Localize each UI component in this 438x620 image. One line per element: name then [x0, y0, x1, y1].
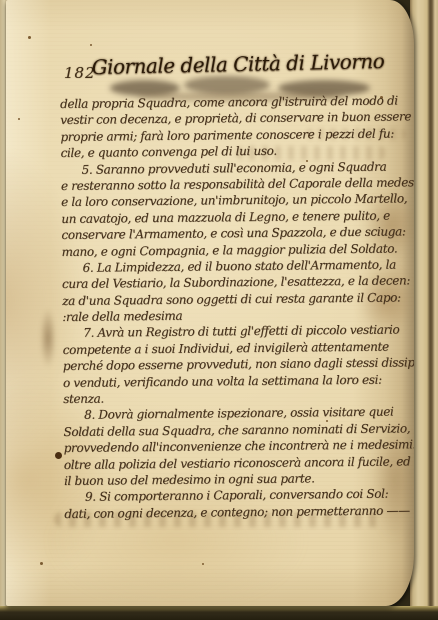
manuscript-line: dati, con ogni decenza, e contegno; non … — [64, 502, 414, 522]
manuscript-page: 182 Giornale della Città di Livorno dell… — [6, 0, 414, 606]
page-title: Giornale della Città di Livorno — [78, 49, 398, 80]
foxing-speck — [18, 118, 20, 120]
stain-rim — [40, 308, 56, 368]
ink-spot — [55, 452, 62, 459]
foxing-speck — [90, 44, 92, 46]
manuscript-body: della propria Squadra, come ancora gl'is… — [60, 92, 414, 522]
ink-smudge — [184, 76, 270, 94]
book-page-stack-edge — [410, 0, 438, 608]
foxing-speck — [40, 562, 43, 565]
table-surface-band — [0, 606, 438, 620]
foxing-speck — [202, 563, 204, 565]
foxing-speck — [28, 36, 31, 39]
ink-smudge — [110, 80, 180, 96]
manuscript-scan: 182 Giornale della Città di Livorno dell… — [0, 0, 438, 620]
